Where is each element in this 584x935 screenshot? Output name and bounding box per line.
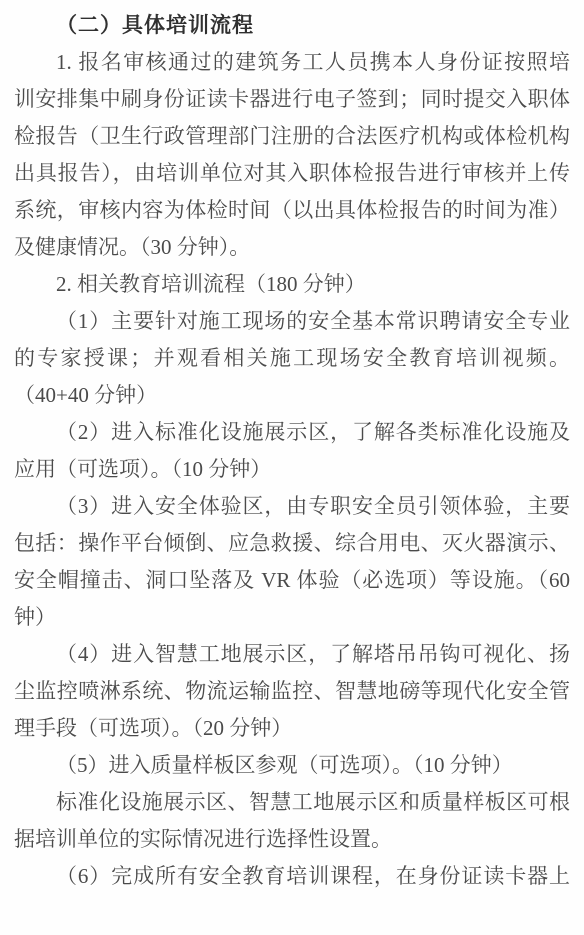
text-line: 系统，审核内容为体检时间（以出具体检报告的时间为准）: [14, 192, 570, 229]
text-line: 钟）: [14, 599, 570, 636]
text-line: （40+40 分钟）: [14, 377, 570, 414]
text-line: （1）主要针对施工现场的安全基本常识聘请安全专业: [14, 303, 570, 340]
text-line: （3）进入安全体验区，由专职安全员引领体验，主要: [14, 488, 570, 525]
text-line: 的专家授课；并观看相关施工现场安全教育培训视频。: [14, 340, 570, 377]
text-line: 2. 相关教育培训流程（180 分钟）: [14, 266, 570, 303]
text-line: 安全帽撞击、洞口坠落及 VR 体验（必选项）等设施。（60 分: [14, 562, 570, 599]
text-line: 尘监控喷淋系统、物流运输监控、智慧地磅等现代化安全管: [14, 673, 570, 710]
text-line: 检报告（卫生行政管理部门注册的合法医疗机构或体检机构: [14, 118, 570, 155]
paragraph: （2）进入标准化设施展示区，了解各类标准化设施及应用（可选项）。（10 分钟）: [14, 414, 570, 488]
section-heading: （二）具体培训流程: [14, 7, 570, 44]
paragraph: （1）主要针对施工现场的安全基本常识聘请安全专业的专家授课；并观看相关施工现场安…: [14, 303, 570, 414]
text-line: 及健康情况。（30 分钟）。: [14, 229, 570, 266]
text-line: 1. 报名审核通过的建筑务工人员携本人身份证按照培: [14, 44, 570, 81]
text-line: 应用（可选项）。（10 分钟）: [14, 451, 570, 488]
document-body: 1. 报名审核通过的建筑务工人员携本人身份证按照培训安排集中刷身份证读卡器进行电…: [14, 44, 570, 895]
paragraph: 标准化设施展示区、智慧工地展示区和质量样板区可根据培训单位的实际情况进行选择性设…: [14, 784, 570, 858]
paragraph: （5）进入质量样板区参观（可选项）。（10 分钟）: [14, 747, 570, 784]
paragraph: 1. 报名审核通过的建筑务工人员携本人身份证按照培训安排集中刷身份证读卡器进行电…: [14, 44, 570, 266]
document-page: （二）具体培训流程 1. 报名审核通过的建筑务工人员携本人身份证按照培训安排集中…: [0, 0, 584, 935]
text-line: 理手段（可选项）。（20 分钟）: [14, 710, 570, 747]
paragraph: （6）完成所有安全教育培训课程，在身份证读卡器上: [14, 858, 570, 895]
text-line: 标准化设施展示区、智慧工地展示区和质量样板区可根: [14, 784, 570, 821]
text-line: （4）进入智慧工地展示区，了解塔吊吊钩可视化、扬: [14, 636, 570, 673]
text-line: 据培训单位的实际情况进行选择性设置。: [14, 821, 570, 858]
paragraph: （3）进入安全体验区，由专职安全员引领体验，主要包括：操作平台倾倒、应急救援、综…: [14, 488, 570, 636]
paragraph: 2. 相关教育培训流程（180 分钟）: [14, 266, 570, 303]
text-line: （6）完成所有安全教育培训课程，在身份证读卡器上: [14, 858, 570, 895]
text-line: （2）进入标准化设施展示区，了解各类标准化设施及: [14, 414, 570, 451]
text-line: 包括：操作平台倾倒、应急救援、综合用电、灭火器演示、: [14, 525, 570, 562]
text-line: 出具报告），由培训单位对其入职体检报告进行审核并上传: [14, 155, 570, 192]
text-line: 训安排集中刷身份证读卡器进行电子签到；同时提交入职体: [14, 81, 570, 118]
paragraph: （4）进入智慧工地展示区，了解塔吊吊钩可视化、扬尘监控喷淋系统、物流运输监控、智…: [14, 636, 570, 747]
text-line: （5）进入质量样板区参观（可选项）。（10 分钟）: [14, 747, 570, 784]
